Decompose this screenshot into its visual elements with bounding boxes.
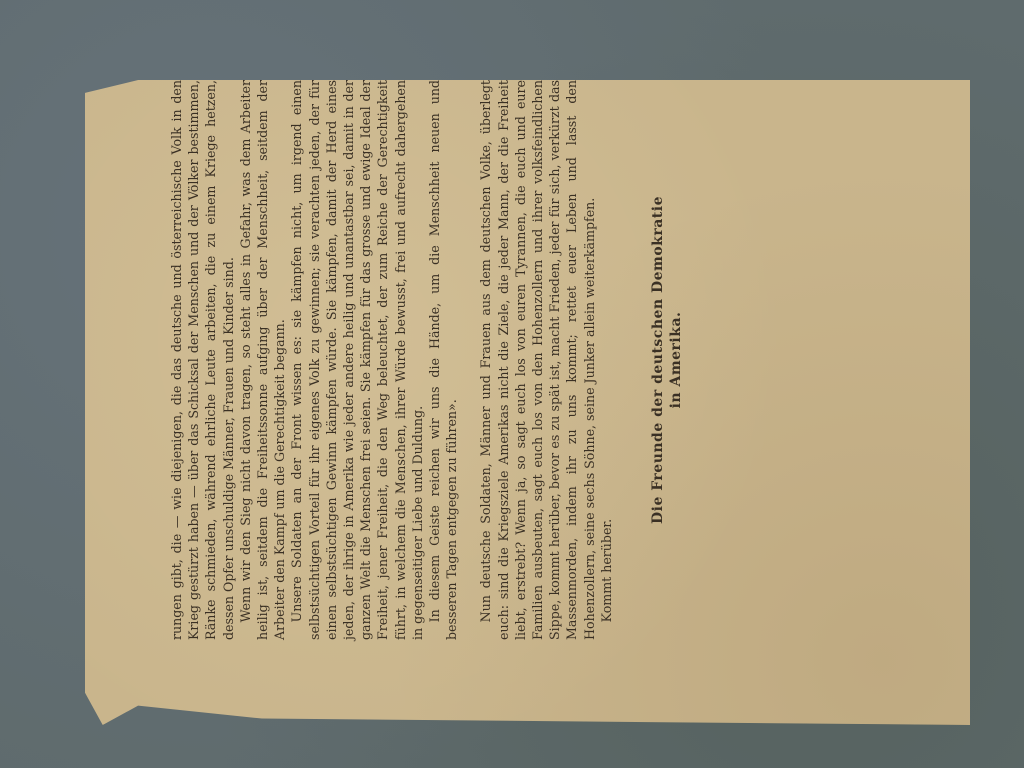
paragraph: In diesem Geiste reichen wir uns die Hän… [426, 80, 460, 640]
paragraph: Nun deutsche Soldaten, Männer und Frauen… [477, 80, 597, 640]
signature-line-1: Die Freunde der deutschen Demokratie [649, 80, 667, 640]
paragraph: Wenn wir den Sieg nicht davon tragen, so… [237, 80, 289, 640]
signature: Die Freunde der deutschen Demokratie in … [649, 80, 685, 640]
signature-line-2: in Amerika. [667, 80, 685, 640]
paragraph: rungen gibt, die — wie diejenigen, die d… [168, 80, 237, 640]
paragraph: Unsere Soldaten an der Front wissen es: … [288, 80, 426, 640]
paragraph: Kommt herüber. [598, 80, 615, 640]
leaflet-text: rungen gibt, die — wie diejenigen, die d… [168, 80, 868, 640]
